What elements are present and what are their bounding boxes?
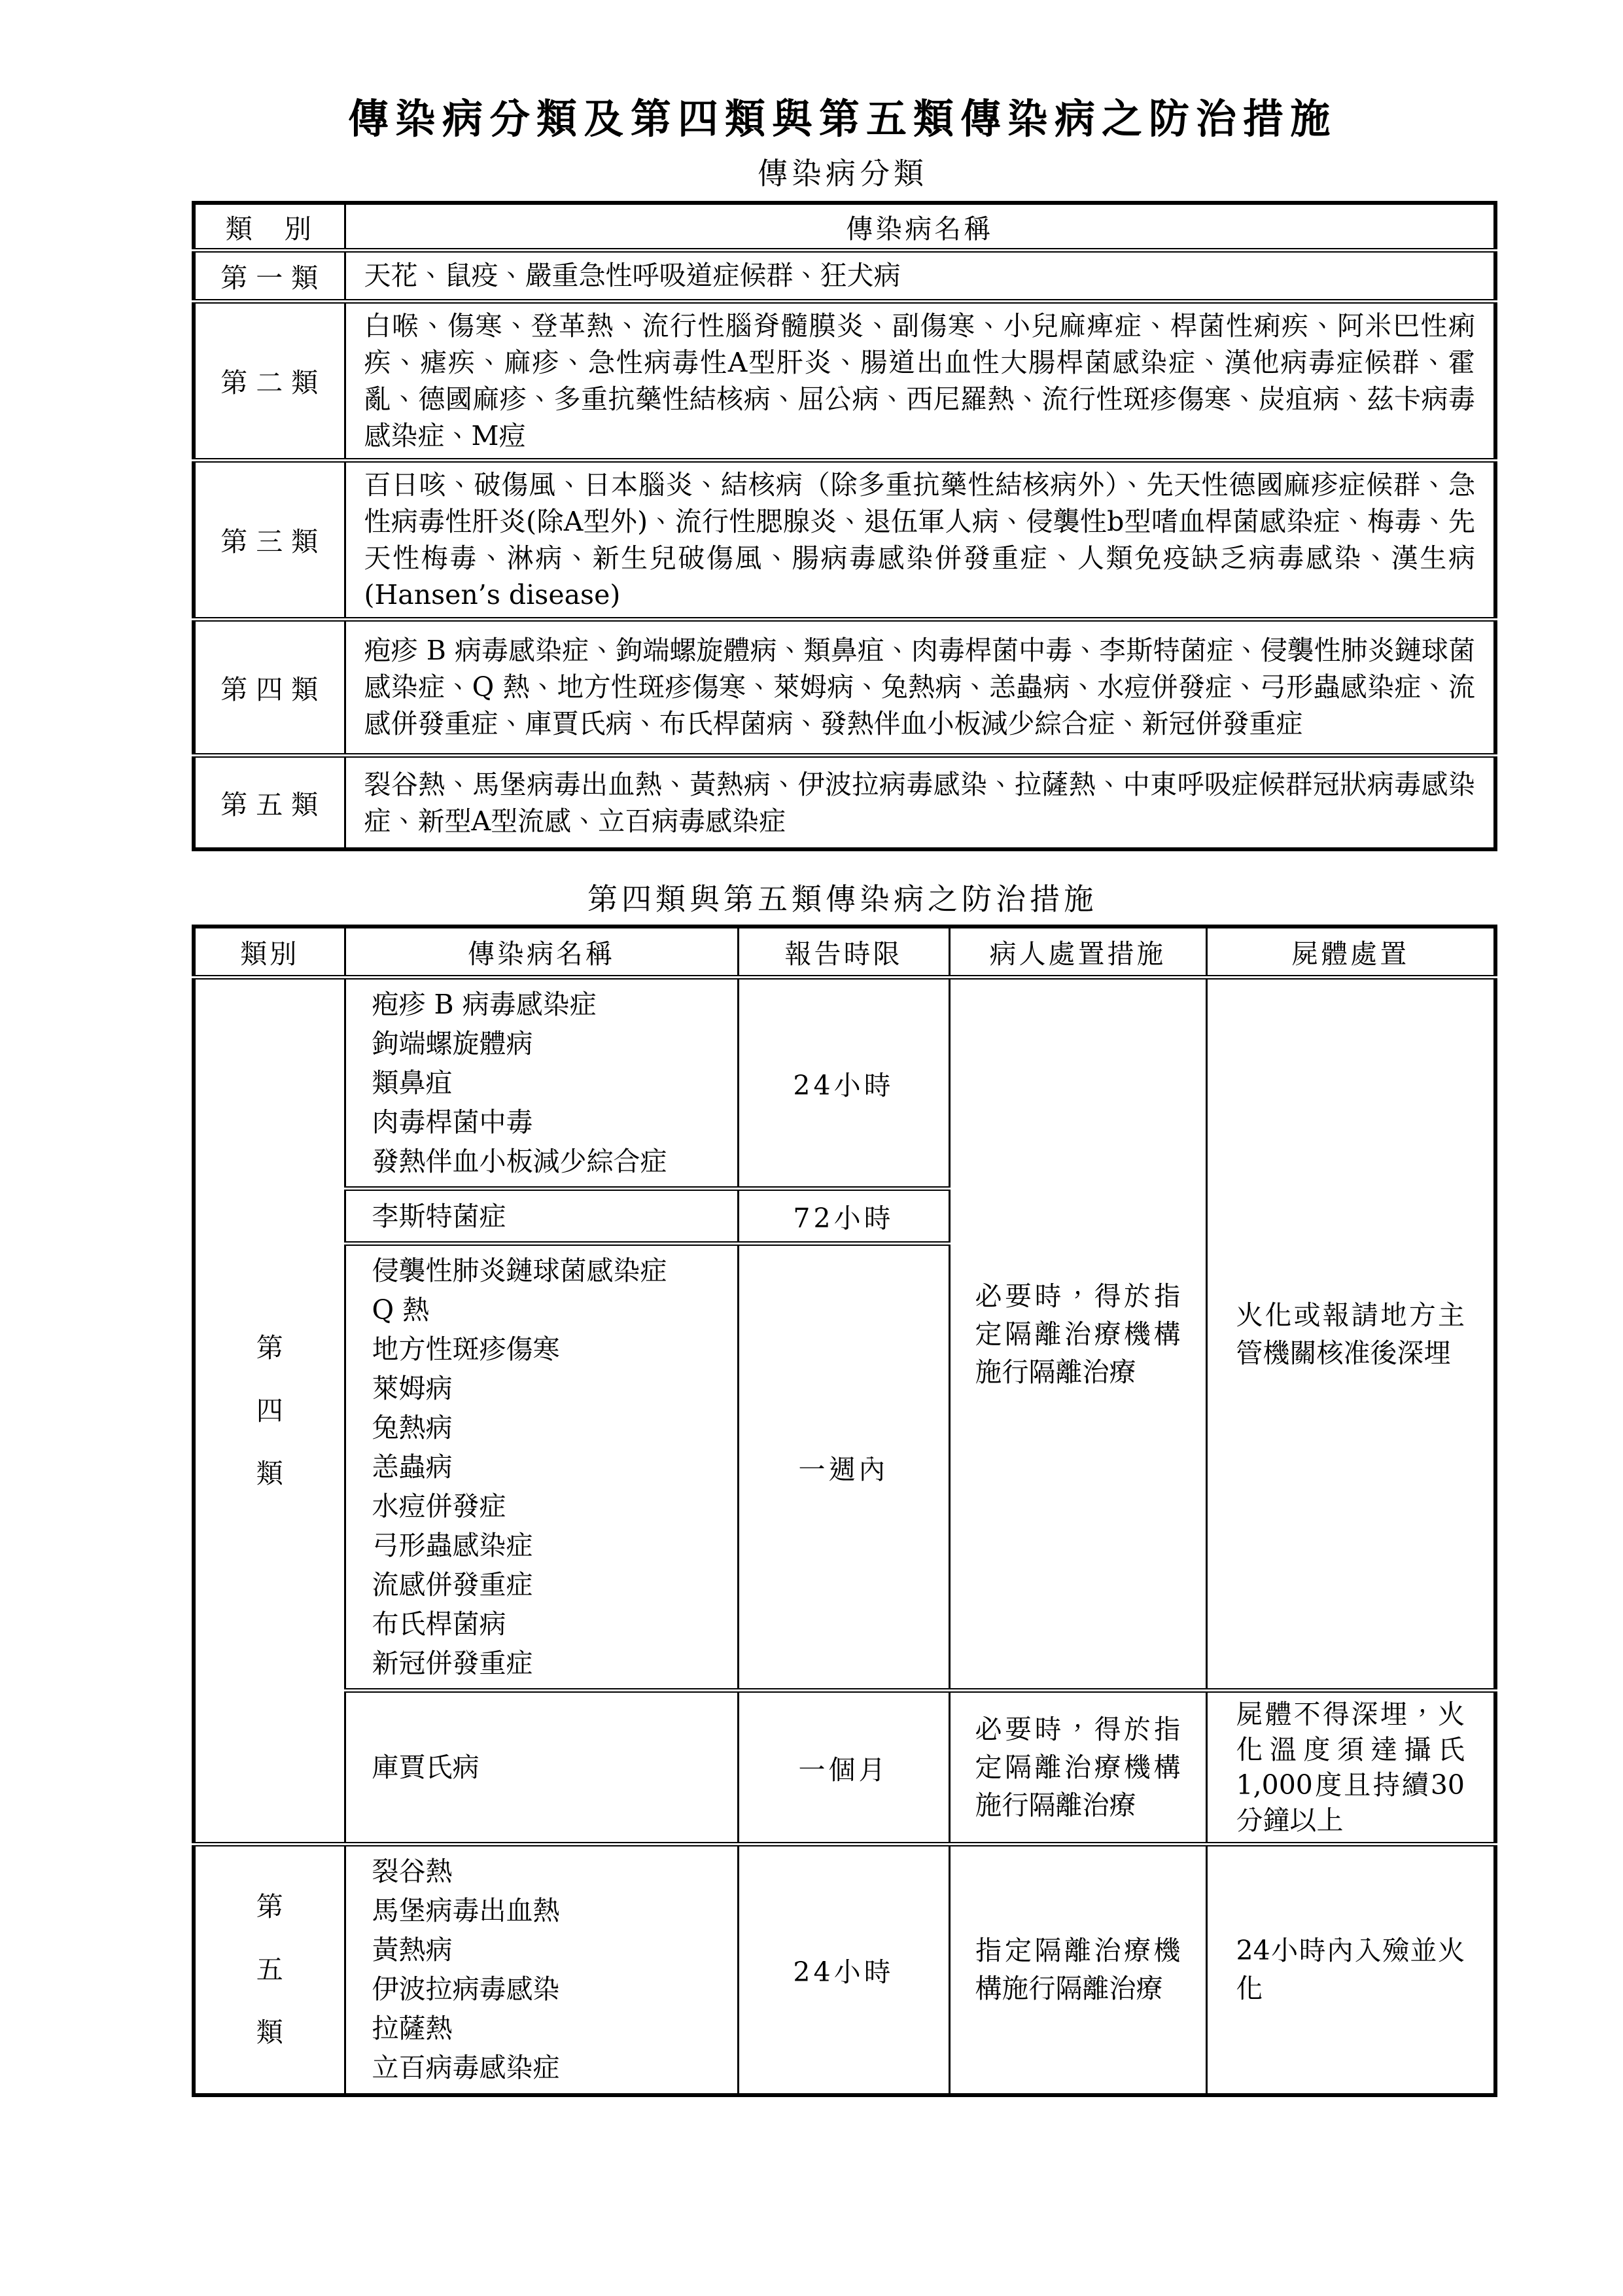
corpse-disposal-cell: 火化或報請地方主管機關核准後深埋 <box>1206 978 1495 1691</box>
document-content: 傳染病分類及第四類與第五類傳染病之防治措施 傳染病分類 類 別 傳染病名稱 第一… <box>192 0 1493 2097</box>
disease-list-item: 發熱伴血小板減少綜合症 <box>372 1142 729 1181</box>
disease-list-cell: 裂谷熱、馬堡病毒出血熱、黃熱病、伊波拉病毒感染、拉薩熱、中東呼吸症候群冠狀病毒感… <box>345 755 1495 849</box>
report-deadline-cell: 24小時 <box>738 1845 949 2095</box>
disease-list-cell: 疱疹 B 病毒感染症鉤端螺旋體病類鼻疽肉毒桿菌中毒發熱伴血小板減少綜合症 <box>345 978 738 1189</box>
classification-row-1: 第一類 天花、鼠疫、嚴重急性呼吸道症候群、狂犬病 <box>194 250 1495 301</box>
category-5-label: 第五類 <box>254 1875 285 2064</box>
disease-list-item: 新冠併發重症 <box>372 1644 729 1683</box>
report-deadline-column-header: 報告時限 <box>738 927 949 978</box>
classification-row-5: 第五類 裂谷熱、馬堡病毒出血熱、黃熱病、伊波拉病毒感染、拉薩熱、中東呼吸症候群冠… <box>194 755 1495 849</box>
disease-list-item: 李斯特菌症 <box>372 1197 729 1236</box>
disease-list-item: 裂谷熱 <box>372 1852 729 1891</box>
classification-row-2: 第二類 白喉、傷寒、登革熱、流行性腦脊髓膜炎、副傷寒、小兒麻痺症、桿菌性痢疾、阿… <box>194 301 1495 460</box>
category-column-header: 類 別 <box>194 203 345 250</box>
disease-list-item: 黃熱病 <box>372 1930 729 1969</box>
classification-header-row: 類 別 傳染病名稱 <box>194 203 1495 250</box>
category-cell: 第三類 <box>194 460 345 619</box>
disease-list-cell: 百日咳、破傷風、日本腦炎、結核病（除多重抗藥性結核病外）、先天性德國麻疹症候群、… <box>345 460 1495 619</box>
patient-measure-column-header: 病人處置措施 <box>949 927 1206 978</box>
classification-row-4: 第四類 疱疹 B 病毒感染症、鉤端螺旋體病、類鼻疽、肉毒桿菌中毒、李斯特菌症、侵… <box>194 619 1495 755</box>
report-deadline-cell: 24小時 <box>738 978 949 1189</box>
corpse-disposal-cell: 屍體不得深埋，火化溫度須達攝氏1,000度且持續30分鐘以上 <box>1206 1691 1495 1845</box>
category-cell: 第一類 <box>194 250 345 301</box>
disease-name-column-header: 傳染病名稱 <box>345 927 738 978</box>
disease-list-cell: 白喉、傷寒、登革熱、流行性腦脊髓膜炎、副傷寒、小兒麻痺症、桿菌性痢疾、阿米巴性痢… <box>345 301 1495 460</box>
disease-list-item: 地方性斑疹傷寒 <box>372 1330 729 1369</box>
category-5-cell: 第五類 <box>194 1845 345 2095</box>
measures-table: 類別 傳染病名稱 報告時限 病人處置措施 屍體處置 第四類 疱疹 B 病毒感染症… <box>192 925 1497 2097</box>
classification-table: 類 別 傳染病名稱 第一類 天花、鼠疫、嚴重急性呼吸道症候群、狂犬病 第二類 白… <box>192 201 1497 851</box>
category-column-header: 類別 <box>194 927 345 978</box>
disease-list-item: 布氏桿菌病 <box>372 1604 729 1644</box>
disease-list-item: Q 熱 <box>372 1290 729 1330</box>
measures-row-category5: 第五類 裂谷熱馬堡病毒出血熱黃熱病伊波拉病毒感染拉薩熱立百病毒感染症 24小時 … <box>194 1845 1495 2095</box>
category-cell: 第二類 <box>194 301 345 460</box>
disease-name-column-header: 傳染病名稱 <box>345 203 1495 250</box>
classification-section-title: 傳染病分類 <box>192 156 1493 192</box>
disease-list-item: 恙蟲病 <box>372 1447 729 1487</box>
disease-list-item: 鉤端螺旋體病 <box>372 1024 729 1063</box>
disease-list-item: 水痘併發症 <box>372 1487 729 1526</box>
report-deadline-cell: 一個月 <box>738 1691 949 1845</box>
report-deadline-cell: 72小時 <box>738 1189 949 1244</box>
classification-row-3: 第三類 百日咳、破傷風、日本腦炎、結核病（除多重抗藥性結核病外）、先天性德國麻疹… <box>194 460 1495 619</box>
report-deadline-cell: 一週內 <box>738 1244 949 1691</box>
disease-list-item: 拉薩熱 <box>372 2009 729 2048</box>
patient-measure-cell: 必要時，得於指定隔離治療機構施行隔離治療 <box>949 1691 1206 1845</box>
disease-list-item: 疱疹 B 病毒感染症 <box>372 985 729 1024</box>
disease-list-item: 流感併發重症 <box>372 1565 729 1604</box>
measures-row-category4-cjd: 庫賈氏病 一個月 必要時，得於指定隔離治療機構施行隔離治療 屍體不得深埋，火化溫… <box>194 1691 1495 1845</box>
measures-section-title: 第四類與第五類傳染病之防治措施 <box>192 881 1493 917</box>
disease-list-cell: 天花、鼠疫、嚴重急性呼吸道症候群、狂犬病 <box>345 250 1495 301</box>
disease-list-item: 庫賈氏病 <box>372 1748 729 1787</box>
category-cell: 第五類 <box>194 755 345 849</box>
measures-row-category4-24h: 第四類 疱疹 B 病毒感染症鉤端螺旋體病類鼻疽肉毒桿菌中毒發熱伴血小板減少綜合症… <box>194 978 1495 1189</box>
document-page: 傳染病分類及第四類與第五類傳染病之防治措施 傳染病分類 類 別 傳染病名稱 第一… <box>0 0 1623 2296</box>
disease-list-cell: 侵襲性肺炎鏈球菌感染症Q 熱地方性斑疹傷寒萊姆病兔熱病恙蟲病水痘併發症弓形蟲感染… <box>345 1244 738 1691</box>
patient-measure-cell: 必要時，得於指定隔離治療機構施行隔離治療 <box>949 978 1206 1691</box>
disease-list-cell: 裂谷熱馬堡病毒出血熱黃熱病伊波拉病毒感染拉薩熱立百病毒感染症 <box>345 1845 738 2095</box>
disease-list-cell: 庫賈氏病 <box>345 1691 738 1845</box>
measures-header-row: 類別 傳染病名稱 報告時限 病人處置措施 屍體處置 <box>194 927 1495 978</box>
disease-list-cell: 疱疹 B 病毒感染症、鉤端螺旋體病、類鼻疽、肉毒桿菌中毒、李斯特菌症、侵襲性肺炎… <box>345 619 1495 755</box>
category-4-label: 第四類 <box>254 1316 285 1505</box>
disease-list-cell: 李斯特菌症 <box>345 1189 738 1244</box>
disease-list-item: 侵襲性肺炎鏈球菌感染症 <box>372 1251 729 1290</box>
disease-list-item: 肉毒桿菌中毒 <box>372 1103 729 1142</box>
disease-list-item: 伊波拉病毒感染 <box>372 1969 729 2009</box>
category-4-cell: 第四類 <box>194 978 345 1845</box>
corpse-disposal-cell: 24小時內入殮並火化 <box>1206 1845 1495 2095</box>
patient-measure-cell: 指定隔離治療機構施行隔離治療 <box>949 1845 1206 2095</box>
category-cell: 第四類 <box>194 619 345 755</box>
disease-list-item: 立百病毒感染症 <box>372 2048 729 2087</box>
disease-list-item: 弓形蟲感染症 <box>372 1526 729 1565</box>
disease-list-item: 萊姆病 <box>372 1369 729 1408</box>
disease-list-item: 兔熱病 <box>372 1408 729 1447</box>
corpse-disposal-column-header: 屍體處置 <box>1206 927 1495 978</box>
document-title: 傳染病分類及第四類與第五類傳染病之防治措施 <box>192 97 1493 141</box>
disease-list-item: 馬堡病毒出血熱 <box>372 1891 729 1930</box>
disease-list-item: 類鼻疽 <box>372 1063 729 1103</box>
